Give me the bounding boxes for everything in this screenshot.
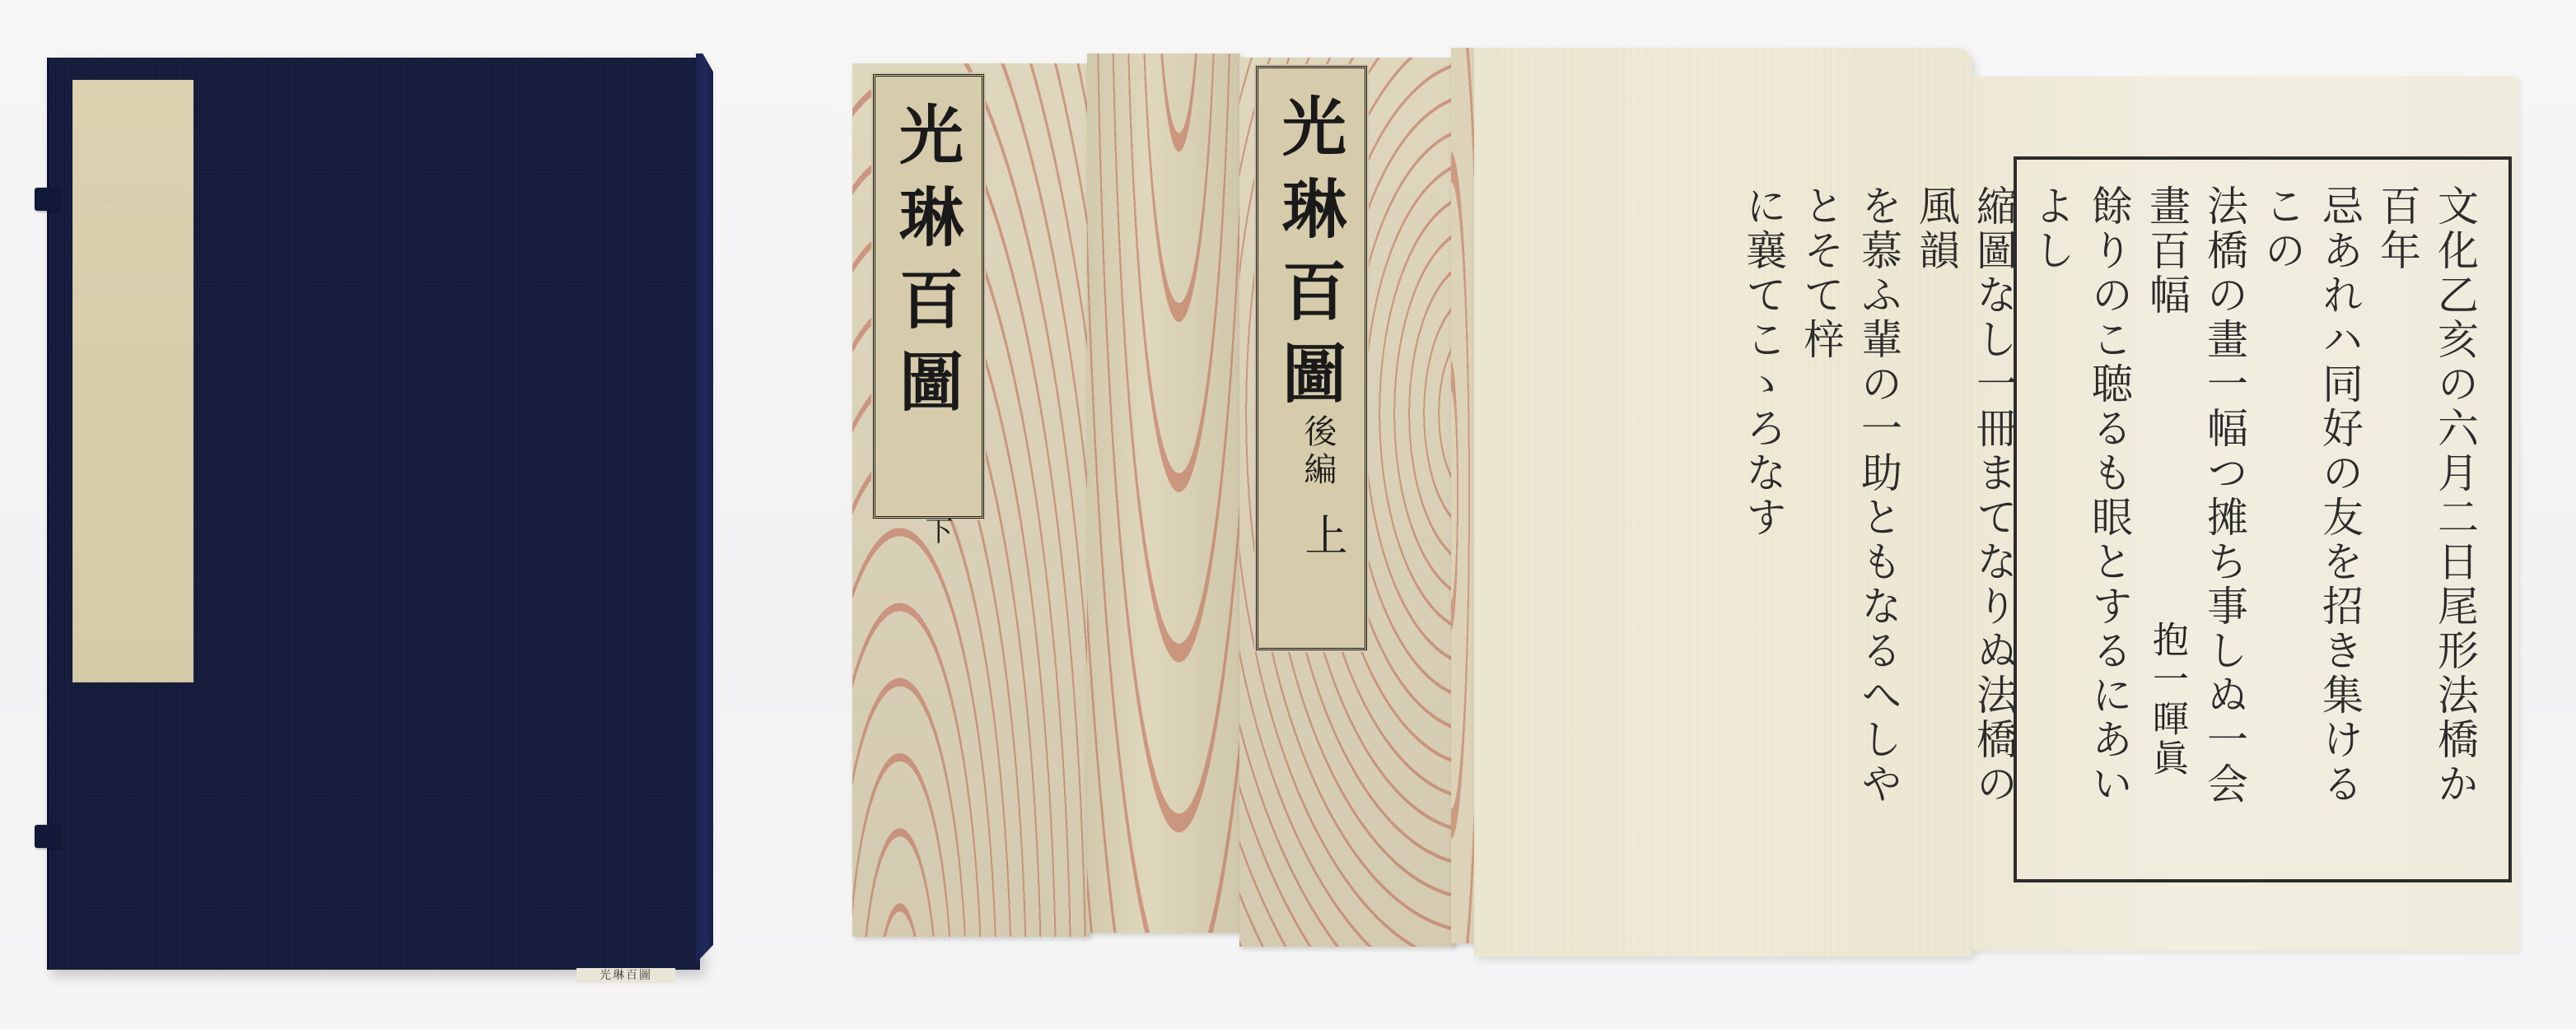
slipcase-spine-edge <box>696 54 713 963</box>
volume-mark: 下 <box>917 516 957 549</box>
preface-column: 忌あれハ同好の友を招き集けるこの <box>2253 184 2368 843</box>
preface-signature: 抱一暉眞 <box>2140 621 2193 779</box>
book-volume-middle[interactable] <box>1087 54 1240 933</box>
slipcase-clasp-bottom[interactable] <box>35 825 59 848</box>
preface-text-frame: 文化乙亥の六月二日尾形法橋か百年 忌あれハ同好の友を招き集けるこの 法橋の畫一幅… <box>2014 156 2512 882</box>
book-title-slip: 光琳百圖 <box>873 74 984 519</box>
preface-column: に襄てこゝろなす <box>1734 184 1792 843</box>
preface-text: 文化乙亥の六月二日尾形法橋か百年 忌あれハ同好の友を招き集けるこの 法橋の畫一幅… <box>1734 184 2484 843</box>
preface-column: 文化乙亥の六月二日尾形法橋か百年 <box>2368 184 2484 843</box>
slipcase-bottom-tag: 光琳百圖 <box>576 968 675 983</box>
slipcase-clasp-top[interactable] <box>35 188 59 211</box>
preface-column: 餘りのこ聴るも眼とするにあいよし <box>2023 184 2138 843</box>
book-title: 光琳百圖 <box>1276 93 1341 422</box>
book-volume-sequel-upper[interactable]: 光琳百圖 後編 上 <box>1239 58 1455 947</box>
preface-column: を慕ふ輩の一助ともなるへしやとそて梓 <box>1792 184 1907 843</box>
volume-mark: 上 <box>1291 513 1353 561</box>
open-book-cover-edge <box>1451 48 1476 943</box>
preface-column: 縮圖なし一冊まてなりぬ法橋の風韻 <box>1907 184 2023 843</box>
book-subtitle: 後編 <box>1295 414 1342 490</box>
book-title-slip: 光琳百圖 後編 上 <box>1256 66 1367 650</box>
book-title: 光琳百圖 <box>894 101 958 431</box>
slipcase-title-label <box>72 80 194 682</box>
book-volume-lower[interactable]: 光琳百圖 下 <box>852 63 1090 937</box>
